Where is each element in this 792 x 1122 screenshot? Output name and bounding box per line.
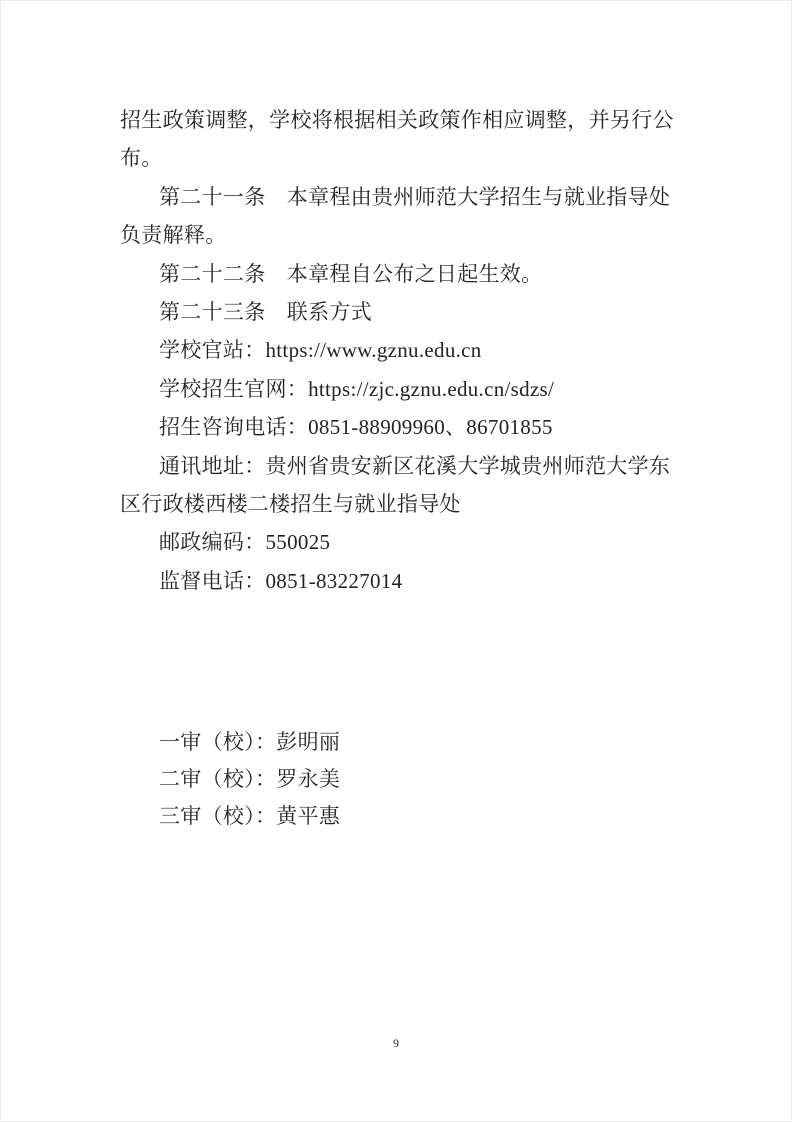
body-text-line: 招生政策调整，学校将根据相关政策作相应调整，并另行公 [120,101,676,139]
document-body: 招生政策调整，学校将根据相关政策作相应调整，并另行公布。第二十一条 本章程由贵州… [120,101,676,600]
body-text-line: 第二十二条 本章程自公布之日起生效。 [120,255,676,293]
page-number: 9 [0,1036,792,1050]
review-text-line: 一审（校）：彭明丽 [120,724,340,761]
body-text-line: 布。 [120,139,676,177]
body-text-line: 区行政楼西楼二楼招生与就业指导处 [120,485,676,523]
body-text-line: 第二十三条 联系方式 [120,293,676,331]
body-text-line: 招生咨询电话：0851-88909960、86701855 [120,408,676,446]
review-text-line: 三审（校）：黄平惠 [120,798,340,835]
document-page: 招生政策调整，学校将根据相关政策作相应调整，并另行公布。第二十一条 本章程由贵州… [0,0,792,1122]
review-signature-block: 一审（校）：彭明丽二审（校）：罗永美三审（校）：黄平惠 [120,724,340,835]
body-text-line: 学校官站：https://www.gznu.edu.cn [120,331,676,369]
body-text-line: 负责解释。 [120,216,676,254]
body-text-line: 学校招生官网：https://zjc.gznu.edu.cn/sdzs/ [120,370,676,408]
body-text-line: 通讯地址：贵州省贵安新区花溪大学城贵州师范大学东 [120,447,676,485]
body-text-line: 第二十一条 本章程由贵州师范大学招生与就业指导处 [120,178,676,216]
review-text-line: 二审（校）：罗永美 [120,761,340,798]
body-text-line: 邮政编码：550025 [120,523,676,561]
body-text-line: 监督电话：0851-83227014 [120,562,676,600]
